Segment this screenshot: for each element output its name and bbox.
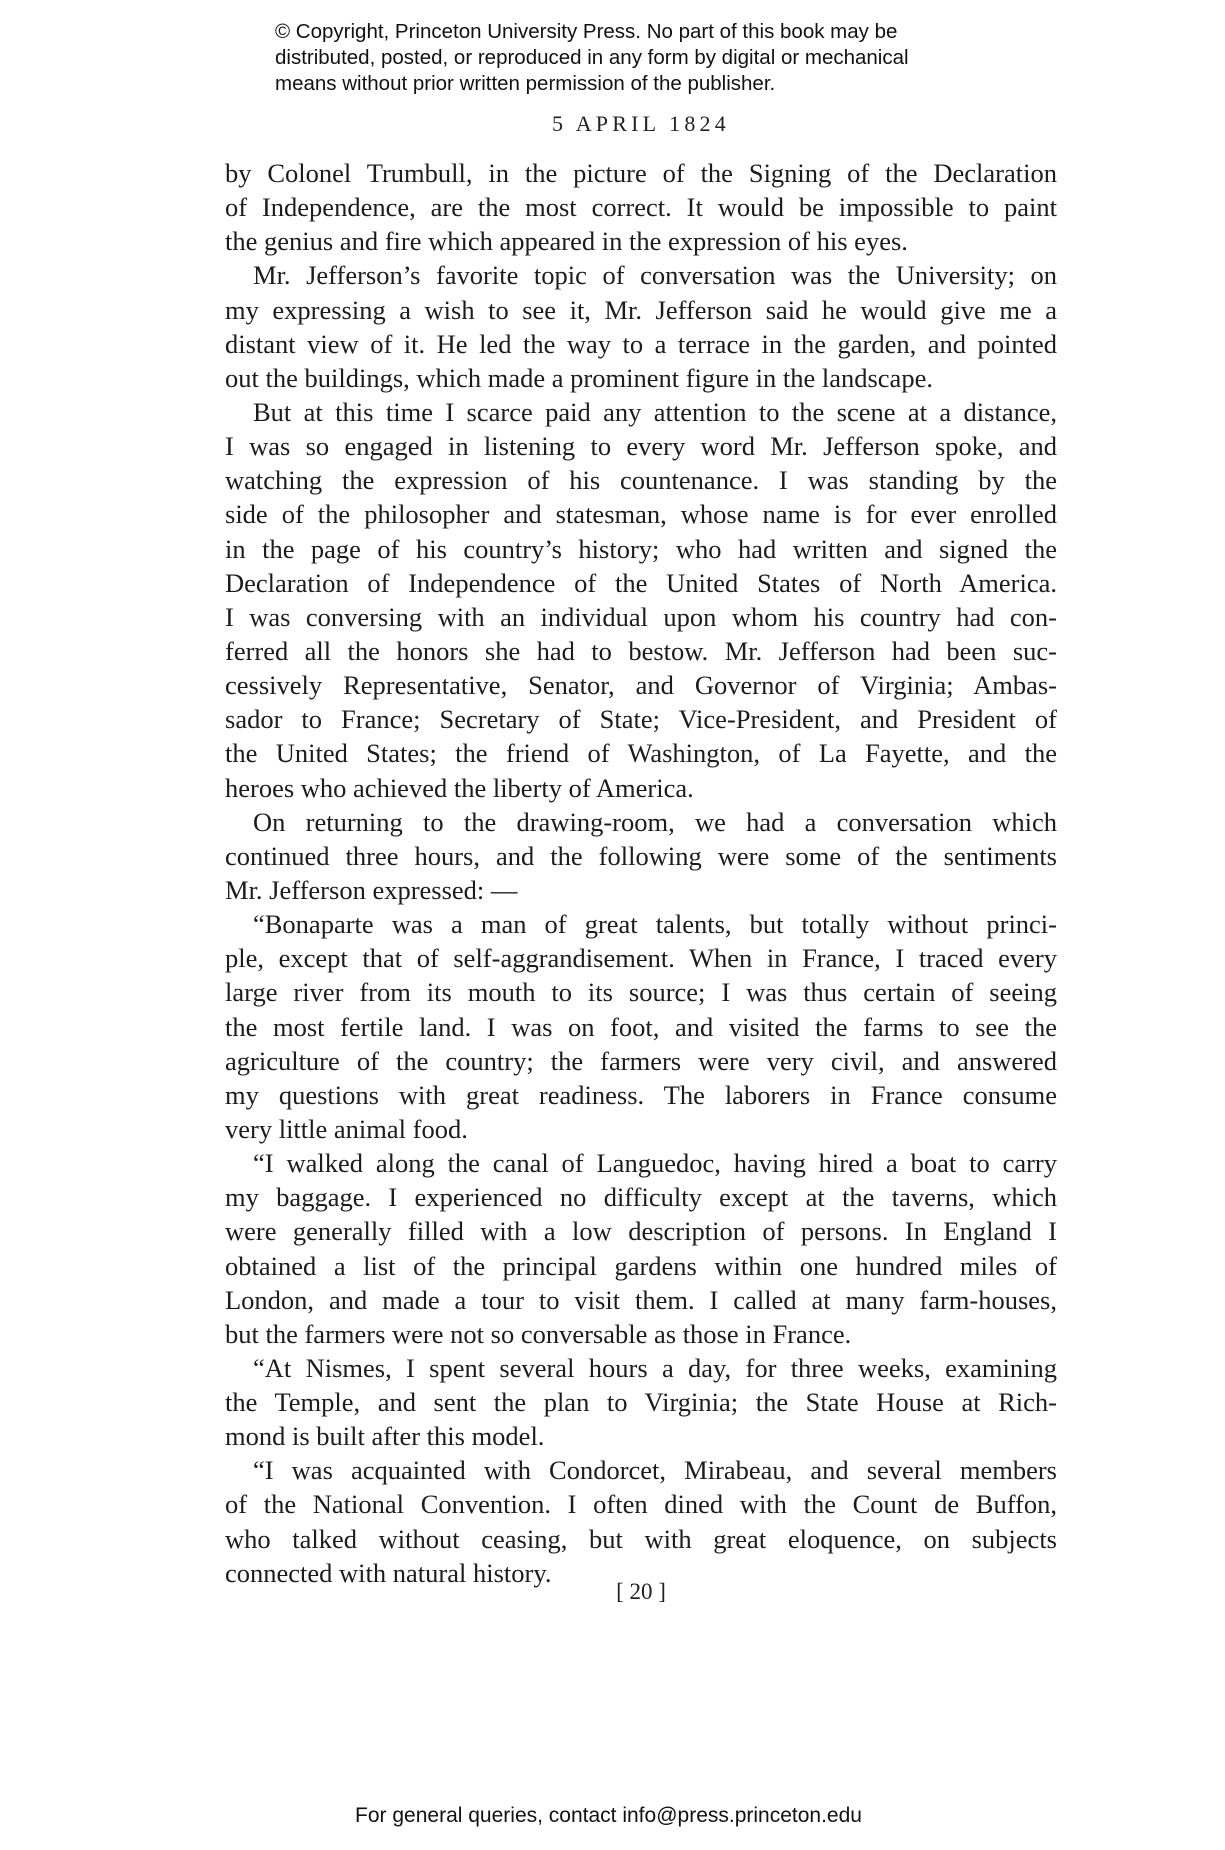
text-line: the Temple, and sent the plan to Virgini… <box>225 1385 1057 1419</box>
text-line: Mr. Jefferson expressed: — <box>225 873 1057 907</box>
text-line: watching the expression of his countenan… <box>225 463 1057 497</box>
text-line: continued three hours, and the following… <box>225 839 1057 873</box>
footer-text: For general queries, contact info@press.… <box>355 1804 862 1827</box>
paragraph: by Colonel Trumbull, in the picture of t… <box>225 156 1057 258</box>
text-line: by Colonel Trumbull, in the picture of t… <box>225 156 1057 190</box>
text-line: of the National Convention. I often dine… <box>225 1487 1057 1521</box>
text-line: heroes who achieved the liberty of Ameri… <box>225 771 1057 805</box>
text-line: of Independence, are the most correct. I… <box>225 190 1057 224</box>
text-line: ferred all the honors she had to bestow.… <box>225 634 1057 668</box>
text-line: the United States; the friend of Washing… <box>225 736 1057 770</box>
text-line: London, and made a tour to visit them. I… <box>225 1283 1057 1317</box>
text-line: “I was acquainted with Condorcet, Mirabe… <box>225 1453 1057 1487</box>
text-line: I was conversing with an individual upon… <box>225 600 1057 634</box>
copyright-line: © Copyright, Princeton University Press.… <box>275 19 975 45</box>
text-line: On returning to the drawing-room, we had… <box>225 805 1057 839</box>
text-line: very little animal food. <box>225 1112 1057 1146</box>
body-text: by Colonel Trumbull, in the picture of t… <box>225 156 1057 1590</box>
text-line: the most fertile land. I was on foot, an… <box>225 1010 1057 1044</box>
text-line: mond is built after this model. <box>225 1419 1057 1453</box>
running-head: 5 APRIL 1824 <box>225 111 1057 137</box>
text-line: were generally filled with a low descrip… <box>225 1214 1057 1248</box>
copyright-line: distributed, posted, or reproduced in an… <box>275 45 975 71</box>
paragraph: “At Nismes, I spent several hours a day,… <box>225 1351 1057 1453</box>
text-line: “Bonaparte was a man of great talents, b… <box>225 907 1057 941</box>
text-line: obtained a list of the principal gardens… <box>225 1249 1057 1283</box>
copyright-line: means without prior written permission o… <box>275 71 975 97</box>
paragraph: “Bonaparte was a man of great talents, b… <box>225 907 1057 1146</box>
text-line: my questions with great readiness. The l… <box>225 1078 1057 1112</box>
page-number: [ 20 ] <box>225 1578 1057 1606</box>
text-line: cessively Representative, Senator, and G… <box>225 668 1057 702</box>
paragraph: But at this time I scarce paid any atten… <box>225 395 1057 805</box>
text-line: my expressing a wish to see it, Mr. Jeff… <box>225 293 1057 327</box>
text-line: ple, except that of self-aggrandisement.… <box>225 941 1057 975</box>
text-line: But at this time I scarce paid any atten… <box>225 395 1057 429</box>
text-line: distant view of it. He led the way to a … <box>225 327 1057 361</box>
text-line: side of the philosopher and statesman, w… <box>225 497 1057 531</box>
paragraph: “I walked along the canal of Languedoc, … <box>225 1146 1057 1351</box>
text-line: Declaration of Independence of the Unite… <box>225 566 1057 600</box>
copyright-notice: © Copyright, Princeton University Press.… <box>275 19 975 97</box>
text-line: my baggage. I experienced no difficulty … <box>225 1180 1057 1214</box>
text-line: large river from its mouth to its source… <box>225 975 1057 1009</box>
text-line: who talked without ceasing, but with gre… <box>225 1522 1057 1556</box>
text-line: Mr. Jefferson’s favorite topic of conver… <box>225 258 1057 292</box>
paragraph: On returning to the drawing-room, we had… <box>225 805 1057 907</box>
text-line: “At Nismes, I spent several hours a day,… <box>225 1351 1057 1385</box>
text-line: in the page of his country’s history; wh… <box>225 532 1057 566</box>
footer-contact: For general queries, contact info@press.… <box>0 1803 1225 1829</box>
paragraph: Mr. Jefferson’s favorite topic of conver… <box>225 258 1057 395</box>
text-line: agriculture of the country; the farmers … <box>225 1044 1057 1078</box>
text-line: “I walked along the canal of Languedoc, … <box>225 1146 1057 1180</box>
text-line: out the buildings, which made a prominen… <box>225 361 1057 395</box>
text-line: but the farmers were not so conversable … <box>225 1317 1057 1351</box>
paragraph: “I was acquainted with Condorcet, Mirabe… <box>225 1453 1057 1590</box>
text-line: sador to France; Secretary of State; Vic… <box>225 702 1057 736</box>
text-line: I was so engaged in listening to every w… <box>225 429 1057 463</box>
text-line: the genius and fire which appeared in th… <box>225 224 1057 258</box>
